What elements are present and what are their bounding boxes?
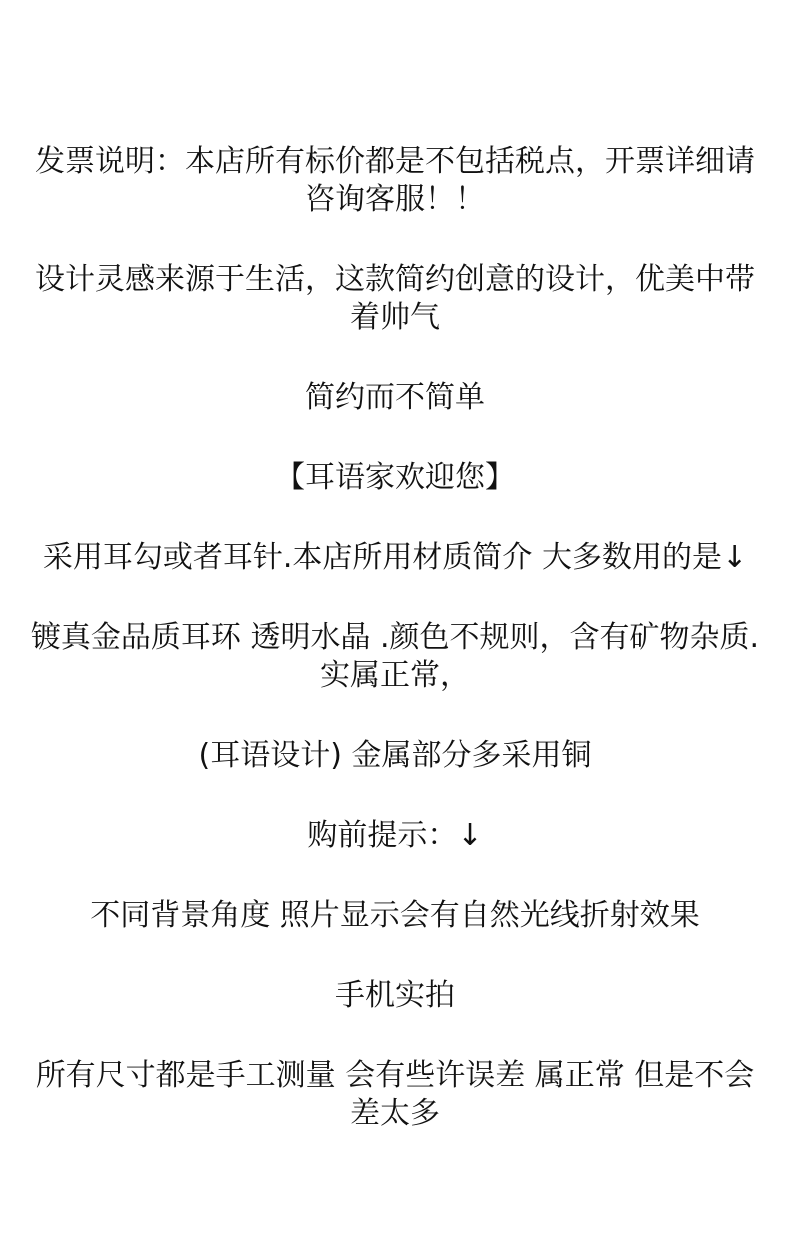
measurement-note: 所有尺寸都是手工测量 会有些许误差 属正常 但是不会差太多 [22, 1057, 768, 1133]
design-inspiration: 设计灵感来源于生活，这款简约创意的设计，优美中带着帅气 [22, 261, 768, 337]
material-details: 镀真金品质耳环 透明水晶 .颜色不规则，含有矿物杂质.实属正常， [22, 619, 768, 695]
material-intro: 采用耳勾或者耳针.本店所用材质简介 大多数用的是↓ [22, 539, 768, 577]
phone-photo-note: 手机实拍 [22, 977, 768, 1015]
lighting-note: 不同背景角度 照片显示会有自然光线折射效果 [22, 897, 768, 935]
product-description: 发票说明：本店所有标价都是不包括税点，开票详细请咨询客服！！ 设计灵感来源于生活… [0, 143, 790, 1175]
metal-note: (耳语设计) 金属部分多采用铜 [22, 737, 768, 775]
tagline: 简约而不简单 [22, 379, 768, 417]
invoice-note: 发票说明：本店所有标价都是不包括税点，开票详细请咨询客服！！ [22, 143, 768, 219]
shop-welcome: 【耳语家欢迎您】 [22, 459, 768, 497]
purchase-tips-heading: 购前提示：↓ [22, 817, 768, 855]
